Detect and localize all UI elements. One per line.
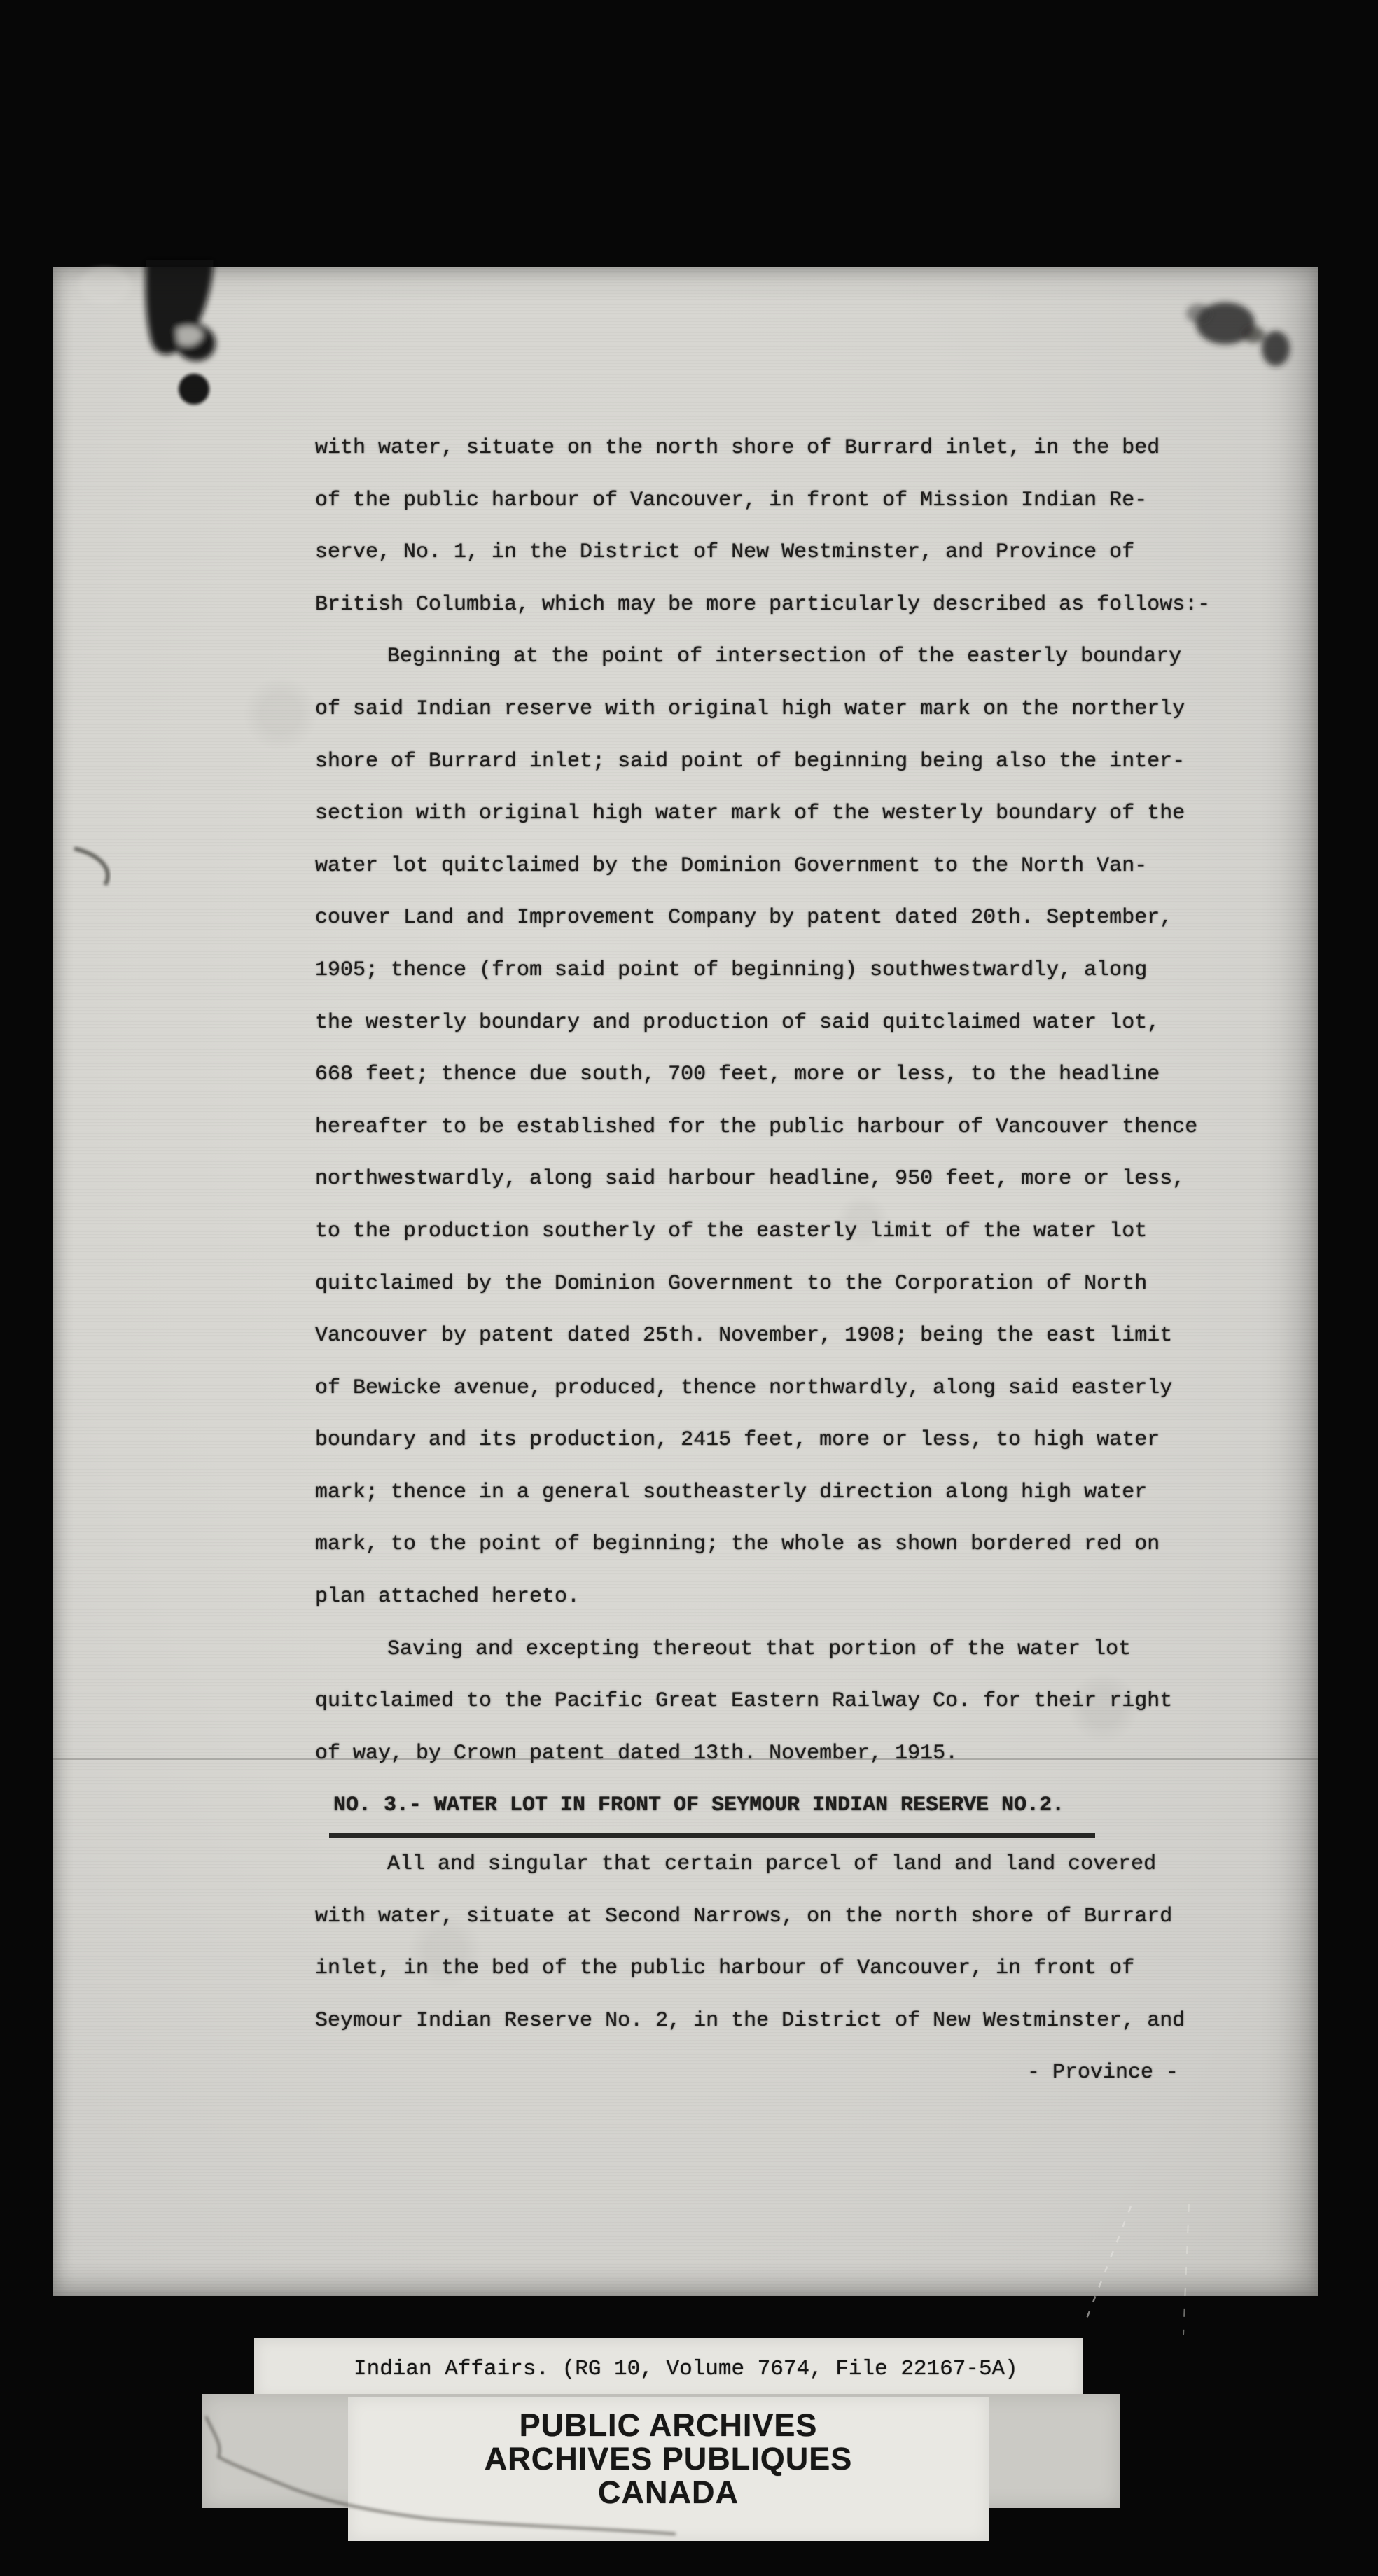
stamp-line: PUBLIC ARCHIVES (520, 2409, 818, 2442)
section-heading: NO. 3.- WATER LOT IN FRONT OF SEYMOUR IN… (329, 1779, 1095, 1838)
document-lines: with water, situate on the north shore o… (315, 422, 1187, 2099)
document-line-body: the westerly boundary and production of … (315, 997, 1187, 1049)
document-line-body: quitclaimed to the Pacific Great Eastern… (315, 1675, 1187, 1728)
document-line-body: section with original high water mark of… (315, 787, 1187, 840)
file-reference-label: Indian Affairs. (RG 10, Volume 7674, Fil… (254, 2357, 1018, 2381)
document-line-body: 1905; thence (from said point of beginni… (315, 944, 1187, 997)
document-line-indent: Saving and excepting thereout that porti… (315, 1623, 1187, 1676)
document-line-body: hereafter to be established for the publ… (315, 1101, 1187, 1154)
document-line-indent: All and singular that certain parcel of … (315, 1838, 1187, 1891)
stamp-line: ARCHIVES PUBLIQUES (485, 2442, 853, 2476)
document-line-indent: Beginning at the point of intersection o… (315, 631, 1187, 683)
document-line-heading: NO. 3.- WATER LOT IN FRONT OF SEYMOUR IN… (315, 1779, 1187, 1838)
document-line-body: quitclaimed by the Dominion Government t… (315, 1258, 1187, 1310)
document-line-body: water lot quitclaimed by the Dominion Go… (315, 840, 1187, 892)
document-line-body: of way, by Crown patent dated 13th. Nove… (315, 1728, 1187, 1780)
document-line-body: Seymour Indian Reserve No. 2, in the Dis… (315, 1995, 1187, 2047)
archives-stamp-lines: PUBLIC ARCHIVESARCHIVES PUBLIQUESCANADA (348, 2409, 989, 2509)
document-line-body: 668 feet; thence due south, 700 feet, mo… (315, 1049, 1187, 1101)
stamp-line: CANADA (598, 2476, 739, 2509)
microfilm-scan: with water, situate on the north shore o… (0, 0, 1378, 2576)
document-line-body: Vancouver by patent dated 25th. November… (315, 1310, 1187, 1362)
document-line-body: plan attached hereto. (315, 1571, 1187, 1623)
document-line-body: with water, situate at Second Narrows, o… (315, 1891, 1187, 1943)
document-line-body: of the public harbour of Vancouver, in f… (315, 475, 1187, 527)
document-line-body: of said Indian reserve with original hig… (315, 683, 1187, 736)
document-page: with water, situate on the north shore o… (53, 267, 1318, 2296)
document-line-body: inlet, in the bed of the public harbour … (315, 1942, 1187, 1995)
document-line-body: shore of Burrard inlet; said point of be… (315, 736, 1187, 788)
file-reference-strip: Indian Affairs. (RG 10, Volume 7674, Fil… (254, 2338, 1083, 2400)
document-line-body: to the production southerly of the easte… (315, 1205, 1187, 1258)
document-line-body: mark, to the point of beginning; the who… (315, 1518, 1187, 1571)
document-line-body: boundary and its production, 2415 feet, … (315, 1414, 1187, 1466)
document-line-catchword: - Province - (315, 2047, 1187, 2099)
document-line-body: of Bewicke avenue, produced, thence nort… (315, 1362, 1187, 1415)
document-line-body: with water, situate on the north shore o… (315, 422, 1187, 475)
document-line-body: couver Land and Improvement Company by p… (315, 892, 1187, 944)
document-line-body: northwestwardly, along said harbour head… (315, 1153, 1187, 1205)
document-line-body: serve, No. 1, in the District of New Wes… (315, 526, 1187, 579)
document-line-body: mark; thence in a general southeasterly … (315, 1466, 1187, 1519)
document-line-body: British Columbia, which may be more part… (315, 579, 1187, 631)
